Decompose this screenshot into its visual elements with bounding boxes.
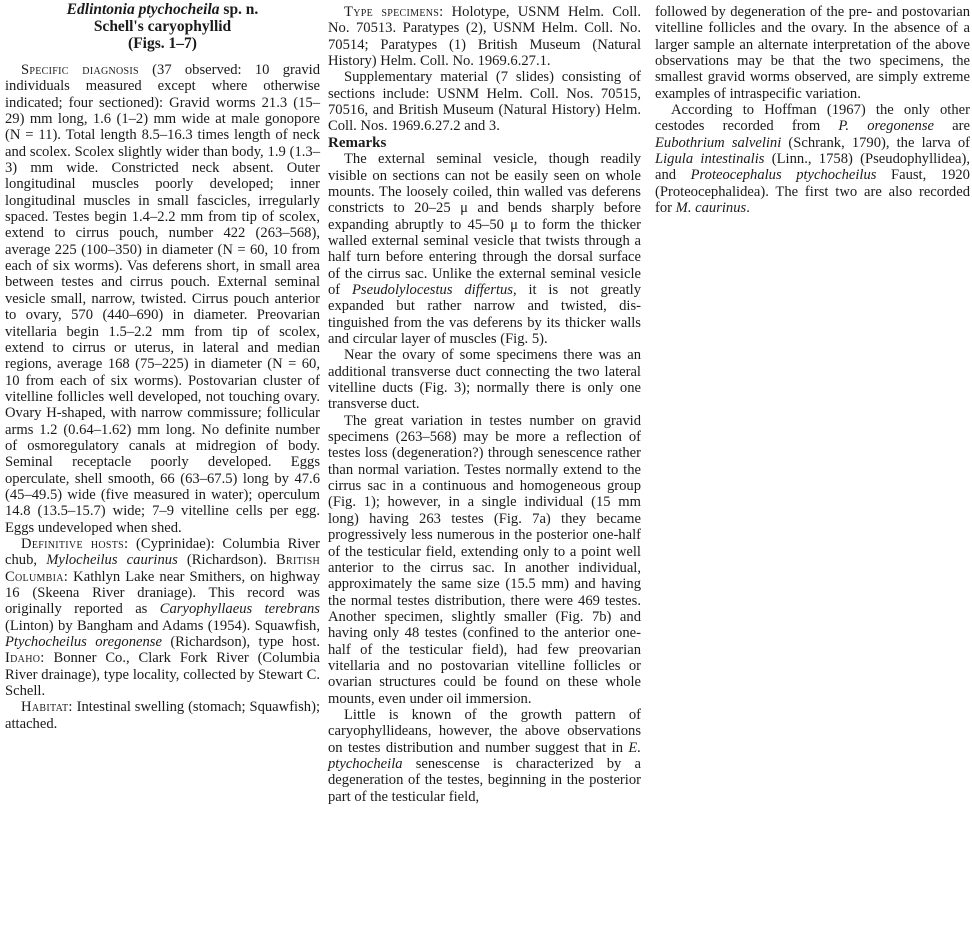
species-name: Pseudolylocestus differtus xyxy=(352,282,513,298)
habitat-label: Habitat: xyxy=(21,699,73,715)
definitive-hosts-paragraph: Definitive hosts: (Cyprinidae): Columbia… xyxy=(5,536,320,699)
remarks-text: Little is known of the growth pattern of… xyxy=(328,707,641,756)
region-label: Idaho: xyxy=(5,650,45,666)
remarks-paragraph-3: The great variation in testes number on … xyxy=(328,413,641,707)
species-name: M. caurinus xyxy=(676,200,747,216)
continued-paragraph: followed by degeneration of the pre- and… xyxy=(655,4,970,102)
host-species: Ptycho­cheilus oregonense xyxy=(5,634,162,650)
hosts-text: (Linton) by Bang­ham and Adams (1954). S… xyxy=(5,618,320,634)
species-name: P. oregonense xyxy=(838,118,934,134)
specific-diagnosis-text: (37 observed: 10 gravid individuals meas… xyxy=(5,62,320,536)
remarks-text: The external seminal vesicle, though rea… xyxy=(328,151,641,298)
hoffman-paragraph: According to Hoffman (1967) the only oth… xyxy=(655,102,970,216)
species-name: Edlintonia ptychocheila xyxy=(67,1,220,18)
body-text: . xyxy=(746,200,750,216)
remarks-paragraph-1: The external seminal vesicle, though rea… xyxy=(328,151,641,347)
synonym-species: Caryophyllaeus terebrans xyxy=(160,601,320,617)
remarks-heading: Remarks xyxy=(328,135,641,152)
body-text: (Schrank, 1790), the larva of xyxy=(781,135,970,151)
hosts-text: Bonner Co., Clark Fork River (Co­lumbia … xyxy=(5,650,320,699)
hosts-text: (Richard­son). xyxy=(178,552,276,568)
species-suffix: sp. n. xyxy=(220,1,259,18)
body-text: are xyxy=(934,118,970,134)
species-name: Proteocephalus ptycho­cheilus xyxy=(691,167,877,183)
right-column: followed by degeneration of the pre- and… xyxy=(655,0,970,216)
common-name: Schell's caryophyllid xyxy=(5,18,320,35)
hosts-text: (Richardson), type host. xyxy=(162,634,320,650)
specific-diagnosis-label: Specific diagnosis xyxy=(21,62,139,78)
left-column: Edlintonia ptychocheila sp. n. Schell's … xyxy=(5,0,320,732)
species-name: Ligula intestinalis xyxy=(655,151,764,167)
definitive-hosts-label: Definitive hosts: xyxy=(21,536,128,552)
host-species: Mylocheilus caurinus xyxy=(46,552,178,568)
type-specimens-label: Type specimens: xyxy=(344,4,444,20)
type-specimens-paragraph: Type specimens: Holotype, USNM Helm. Col… xyxy=(328,4,641,69)
remarks-paragraph-4: Little is known of the growth pattern of… xyxy=(328,707,641,805)
species-name: Eubothrium salvelini xyxy=(655,135,781,151)
specific-diagnosis-paragraph: Specific diagnosis (37 observed: 10 grav… xyxy=(5,62,320,536)
remarks-paragraph-2: Near the ovary of some specimens there w… xyxy=(328,347,641,412)
supplementary-material-paragraph: Supplementary material (7 slides) consis… xyxy=(328,69,641,134)
species-title-block: Edlintonia ptychocheila sp. n. Schell's … xyxy=(5,1,320,52)
figures-reference: (Figs. 1–7) xyxy=(5,35,320,52)
habitat-paragraph: Habitat: Intestinal swelling (stomach; S… xyxy=(5,699,320,732)
middle-column: Type specimens: Holotype, USNM Helm. Col… xyxy=(328,0,641,805)
species-title: Edlintonia ptychocheila sp. n. xyxy=(5,1,320,18)
